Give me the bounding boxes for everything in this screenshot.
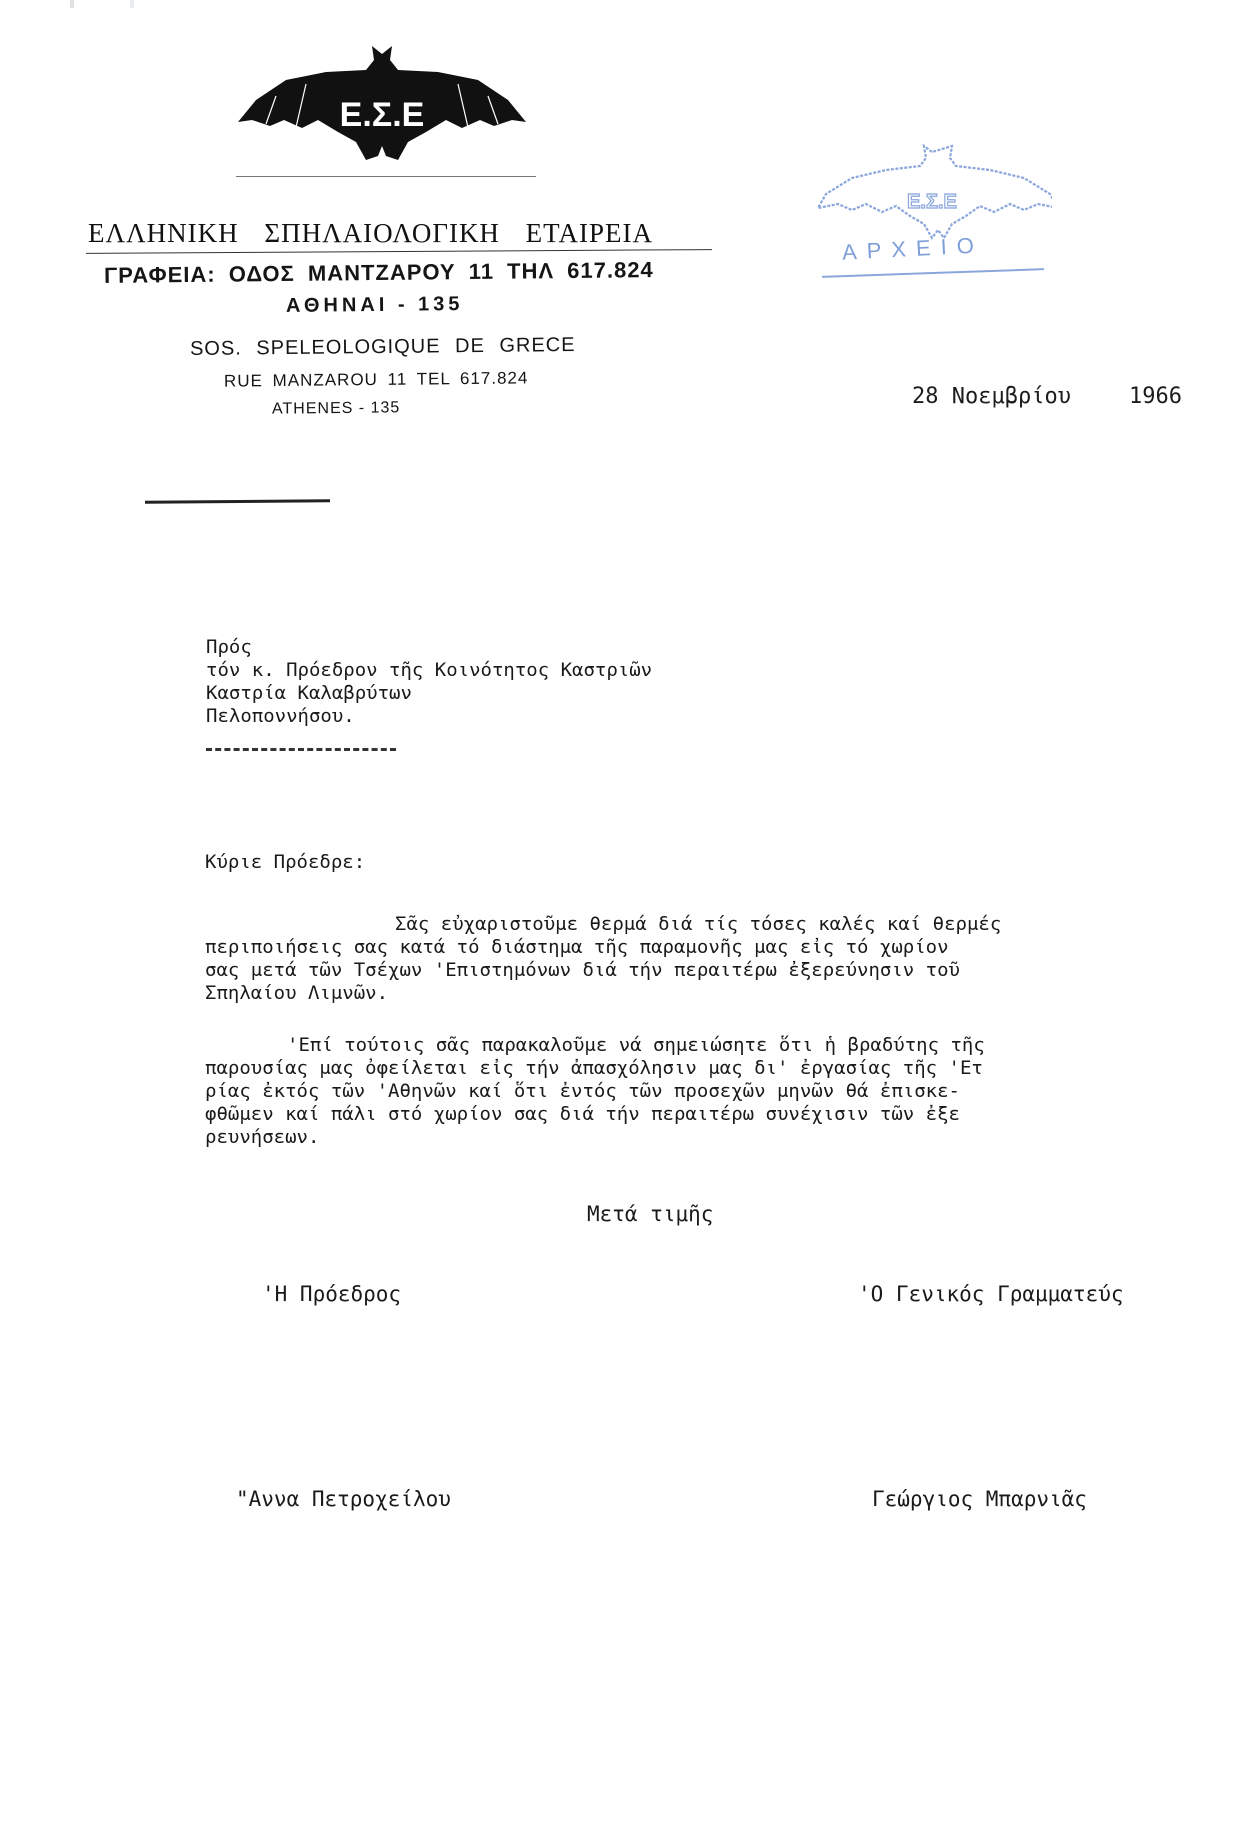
signatory-title-left: 'Η Πρόεδρος	[262, 1283, 401, 1306]
french-address-line-1: RUE MANZAROU 11 TEL 617.824	[224, 368, 529, 391]
svg-text:Ε.Σ.Ε: Ε.Σ.Ε	[907, 191, 957, 213]
organization-name-underline	[86, 249, 712, 254]
closing: Μετά τιμῆς	[587, 1203, 713, 1226]
body-line: φθῶμεν καί πάλι στό χωρίον σας διά τήν π…	[205, 1103, 1256, 1126]
greek-address-line-2: ΑΘΗΝΑΙ - 135	[286, 293, 464, 318]
date-day-month: 28 Νοεμβρίου	[912, 384, 1071, 409]
salutation: Κύριε Πρόεδρε:	[205, 851, 365, 874]
body-line: ρευνήσεων.	[205, 1126, 1256, 1149]
recipient-line: Πελοποννήσου.	[206, 705, 652, 728]
organization-name: ΕΛΛΗΝΙΚΗ ΣΠΗΛΑΙΟΛΟΓΙΚΗ ΕΤΑΙΡΕΙΑ	[88, 218, 653, 249]
recipient-line: Πρός	[206, 636, 652, 659]
recipient-dashed-underline	[206, 748, 396, 751]
body-line: περιποιήσεις σας κατά τό διάστημα τῆς πα…	[205, 936, 1256, 959]
french-address-line-2: ATHENES - 135	[272, 399, 400, 418]
greek-address-line-1: ΓΡΑΦΕΙΑ: ΟΔΟΣ ΜΑΝΤΖΑΡΟΥ 11 ΤΗΛ 617.824	[104, 257, 654, 289]
body-line: 'Επί τούτοις σᾶς παρακαλοῦμε νά σημειώση…	[205, 1034, 1256, 1057]
date-year: 1966	[1129, 384, 1182, 409]
body-line: Σᾶς εὐχαριστοῦμε θερμά διά τίς τόσες καλ…	[205, 913, 1256, 936]
svg-text:Ε.Σ.Ε: Ε.Σ.Ε	[340, 96, 425, 134]
separator-line	[145, 499, 330, 504]
signatory-name-right: Γεώργιος Μπαρνιᾶς	[872, 1488, 1087, 1511]
recipient-line: τόν κ. Πρόεδρον τῆς Κοινότητος Καστριῶν	[206, 659, 652, 682]
signatory-title-right: 'Ο Γενικός Γραμματεύς	[858, 1283, 1124, 1306]
logo-underline	[236, 176, 536, 177]
body-line: παρουσίας μας ὀφείλεται εἰς τήν ἀπασχόλη…	[205, 1057, 1256, 1080]
letter-date: 28 Νοεμβρίου1966	[912, 384, 1182, 409]
body-paragraph-2: 'Επί τούτοις σᾶς παρακαλοῦμε νά σημειώση…	[205, 1034, 1256, 1149]
signatory-name-left: "Αννα Πετροχείλου	[236, 1488, 451, 1511]
recipient-line: Καστρία Καλαβρύτων	[206, 682, 652, 705]
body-line: ρίας ἐκτός τῶν 'Αθηνῶν καί ὅτι ἐντός τῶν…	[205, 1080, 1256, 1103]
body-line: Σπηλαίου Λιμνῶν.	[205, 982, 1256, 1005]
bat-logo-icon: Ε.Σ.Ε	[236, 44, 528, 168]
body-line: σας μετά τῶν Τσέχων 'Επιστημόνων διά τήν…	[205, 959, 1256, 982]
scan-artifact	[70, 0, 430, 8]
body-paragraph-1: Σᾶς εὐχαριστοῦμε θερμά διά τίς τόσες καλ…	[205, 913, 1256, 1005]
recipient-address: Πρός τόν κ. Πρόεδρον τῆς Κοινότητος Καστ…	[206, 636, 652, 728]
french-org-name: SOS. SPELEOLOGIQUE DE GRECE	[190, 334, 576, 361]
